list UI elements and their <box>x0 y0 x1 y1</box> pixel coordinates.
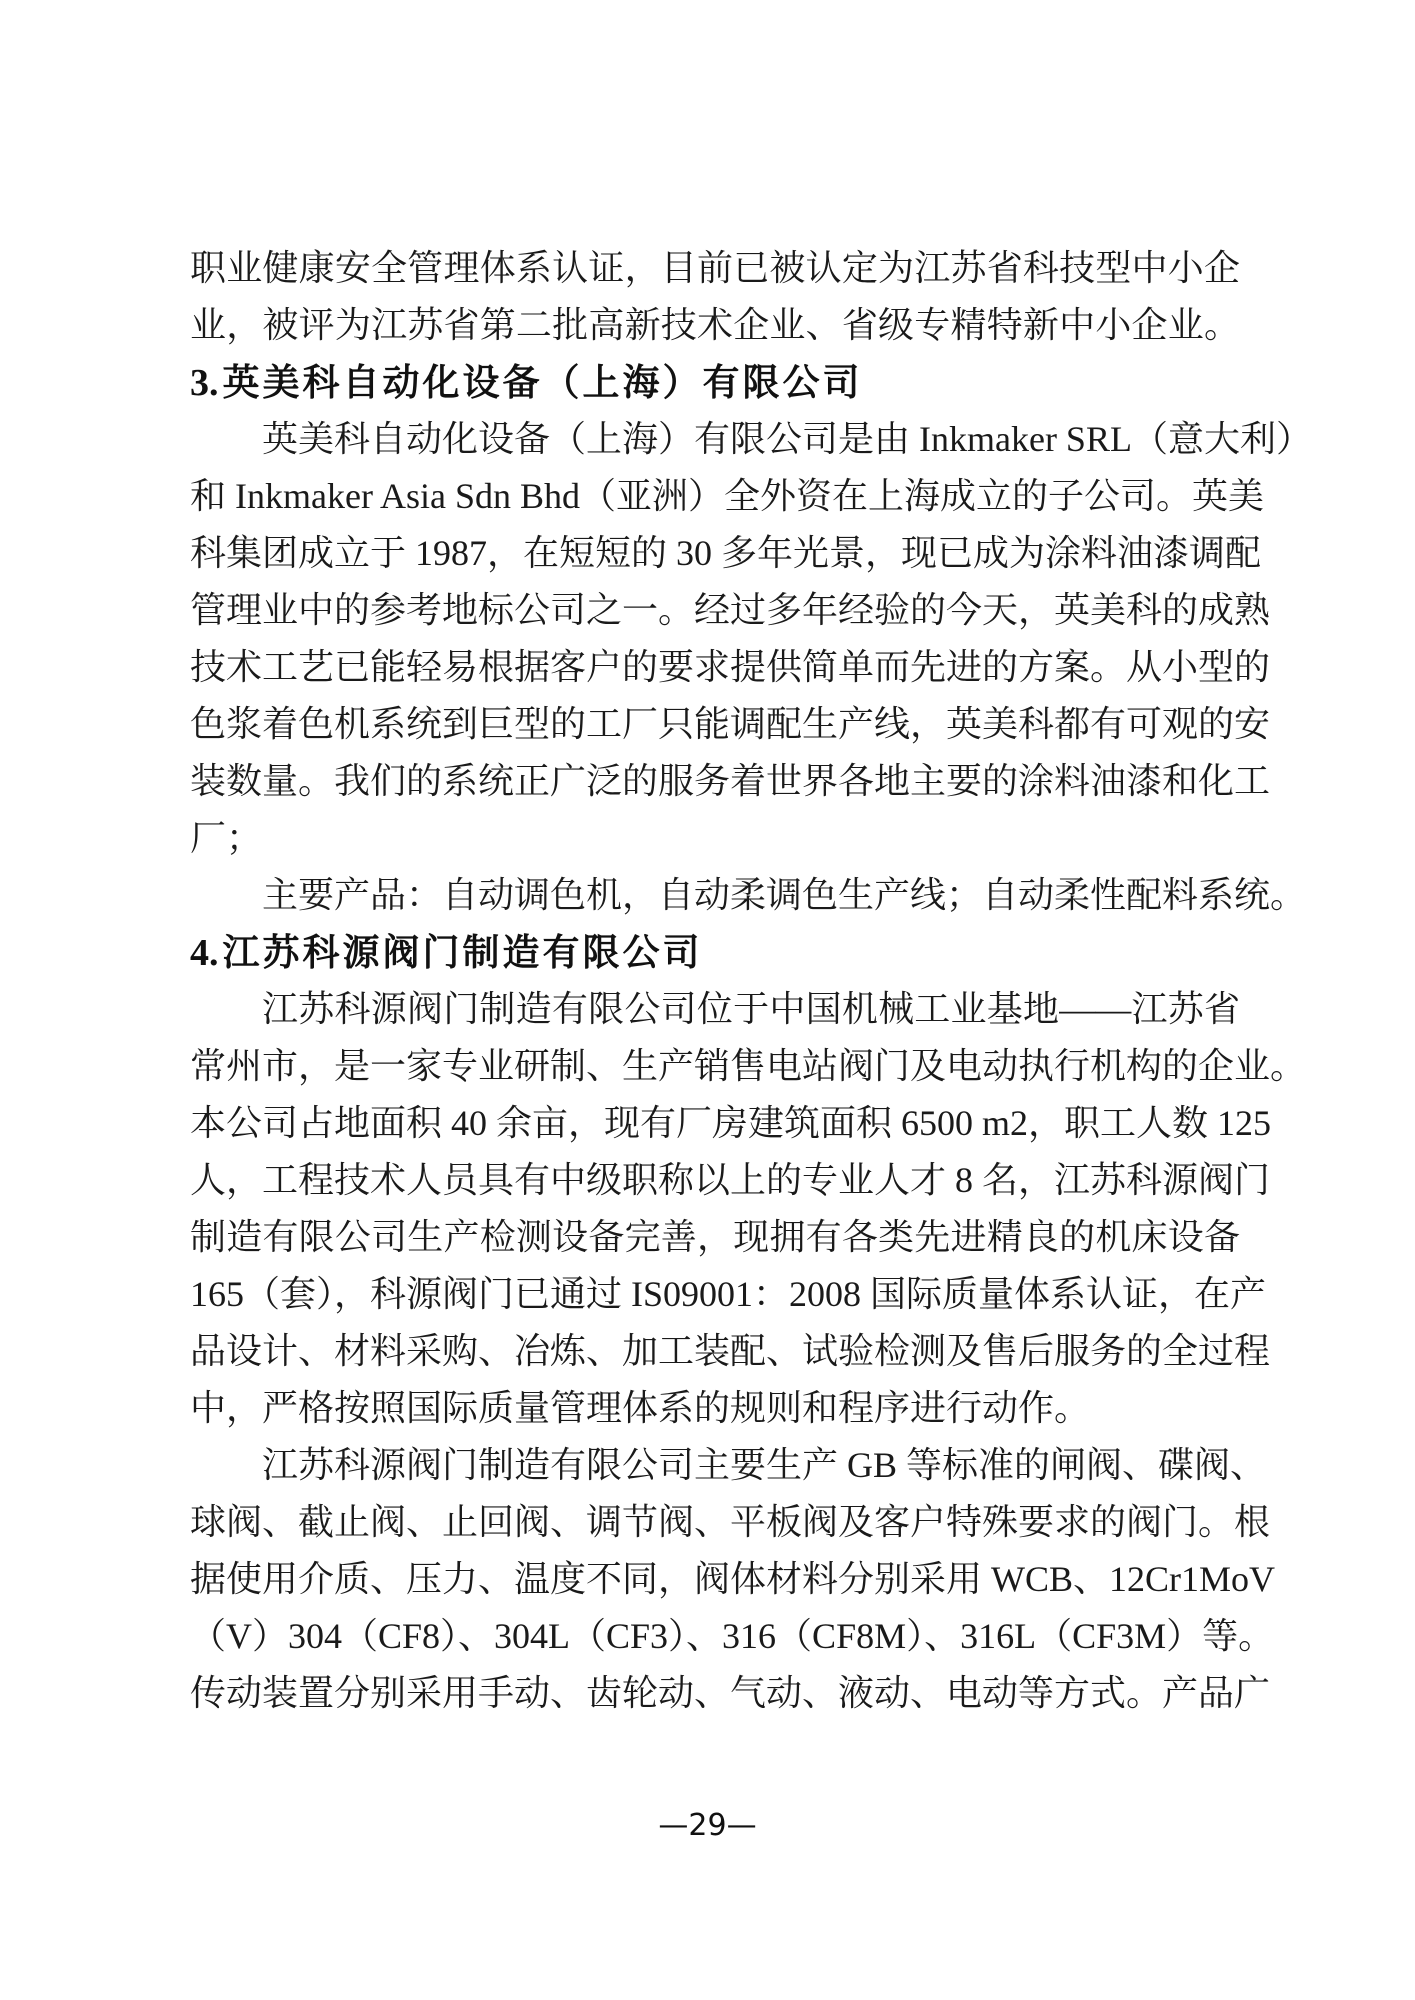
body-line: 英美科自动化设备（上海）有限公司是由 Inkmaker SRL（意大利） <box>262 411 1240 468</box>
body-line: 制造有限公司生产检测设备完善，现拥有各类先进精良的机床设备 <box>190 1209 1240 1266</box>
body-line: 职业健康安全管理体系认证，目前已被认定为江苏省科技型中小企 <box>190 240 1240 297</box>
body-line: 人，工程技术人员具有中级职称以上的专业人才 8 名，江苏科源阀门 <box>190 1152 1240 1209</box>
body-line: 球阀、截止阀、止回阀、调节阀、平板阀及客户特殊要求的阀门。根 <box>190 1494 1240 1551</box>
section-number: 4. <box>190 932 219 974</box>
body-line: 和 Inkmaker Asia Sdn Bhd（亚洲）全外资在上海成立的子公司。… <box>190 468 1240 525</box>
body-line: 常州市，是一家专业研制、生产销售电站阀门及电动执行机构的企业。 <box>190 1038 1240 1095</box>
section-heading-3: 3.英美科自动化设备（上海）有限公司 <box>190 354 863 411</box>
page-number: —29— <box>0 1806 1415 1846</box>
body-line: 传动装置分别采用手动、齿轮动、气动、液动、电动等方式。产品广 <box>190 1665 1240 1722</box>
body-line: 业，被评为江苏省第二批高新技术企业、省级专精特新中小企业。 <box>190 297 1240 354</box>
body-line: 主要产品：自动调色机，自动柔调色生产线；自动柔性配料系统。 <box>262 867 1240 924</box>
body-line: 色浆着色机系统到巨型的工厂只能调配生产线，英美科都有可观的安 <box>190 696 1240 753</box>
body-line: 据使用介质、压力、温度不同，阀体材料分别采用 WCB、12Cr1MoV <box>190 1551 1240 1608</box>
body-line: 管理业中的参考地标公司之一。经过多年经验的今天，英美科的成熟 <box>190 582 1240 639</box>
body-line: 品设计、材料采购、冶炼、加工装配、试验检测及售后服务的全过程 <box>190 1323 1240 1380</box>
body-line: 江苏科源阀门制造有限公司位于中国机械工业基地——江苏省 <box>262 981 1240 1038</box>
document-page: 职业健康安全管理体系认证，目前已被认定为江苏省科技型中小企 业，被评为江苏省第二… <box>0 0 1415 2000</box>
body-line: 江苏科源阀门制造有限公司主要生产 GB 等标准的闸阀、碟阀、 <box>262 1437 1240 1494</box>
body-line: 科集团成立于 1987，在短短的 30 多年光景，现已成为涂料油漆调配 <box>190 525 1240 582</box>
section-heading-4: 4.江苏科源阀门制造有限公司 <box>190 924 703 981</box>
section-number: 3. <box>190 362 219 404</box>
body-line: （V）304（CF8）、304L（CF3）、316（CF8M）、316L（CF3… <box>190 1608 1240 1665</box>
body-line: 中，严格按照国际质量管理体系的规则和程序进行动作。 <box>190 1380 1240 1437</box>
body-line: 装数量。我们的系统正广泛的服务着世界各地主要的涂料油漆和化工 <box>190 753 1240 810</box>
body-line: 技术工艺已能轻易根据客户的要求提供简单而先进的方案。从小型的 <box>190 639 1240 696</box>
body-line: 厂； <box>190 810 1240 867</box>
body-line: 本公司占地面积 40 余亩，现有厂房建筑面积 6500 m2，职工人数 125 <box>190 1095 1240 1152</box>
section-title: 江苏科源阀门制造有限公司 <box>223 931 703 974</box>
section-title: 英美科自动化设备（上海）有限公司 <box>223 361 863 404</box>
body-line: 165（套），科源阀门已通过 IS09001：2008 国际质量体系认证，在产 <box>190 1266 1240 1323</box>
